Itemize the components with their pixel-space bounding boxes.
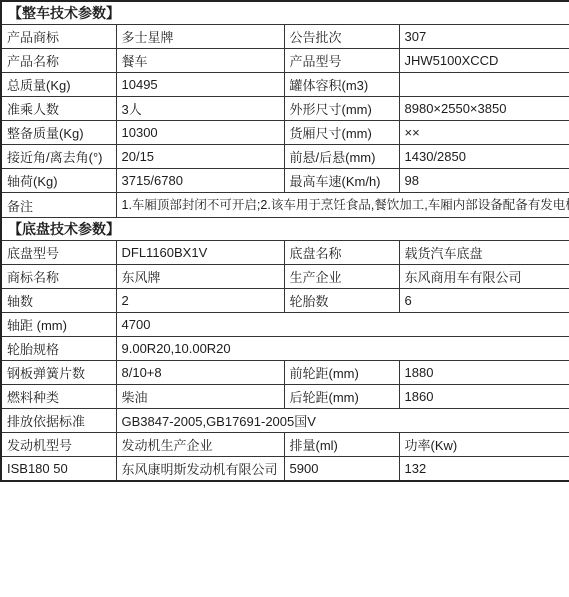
chassis-section-header: 【底盘技术参数】 (1, 218, 569, 241)
param-value: ISB180 50 (1, 457, 116, 482)
param-value: DFL1160BX1V (116, 241, 284, 265)
param-label: 底盘型号 (1, 241, 116, 265)
param-value: JHW5100XCCD (399, 49, 569, 73)
param-value: 10495 (116, 73, 284, 97)
param-label: 轮胎规格 (1, 337, 116, 361)
table-row: 准乘人数 3人 外形尺寸(mm) 8980×2550×3850 (1, 97, 569, 121)
table-row: 轴距 (mm) 4700 (1, 313, 569, 337)
table-row: 轴数 2 轮胎数 6 (1, 289, 569, 313)
param-label: 产品型号 (284, 49, 399, 73)
table-row: 排放依据标准 GB3847-2005,GB17691-2005国V (1, 409, 569, 433)
param-label: 发动机型号 (1, 433, 116, 457)
param-value: 307 (399, 25, 569, 49)
param-label: 总质量(Kg) (1, 73, 116, 97)
param-value: 1860 (399, 385, 569, 409)
param-label: 公告批次 (284, 25, 399, 49)
param-label: 商标名称 (1, 265, 116, 289)
param-label: 轴荷(Kg) (1, 169, 116, 193)
param-label: 前轮距(mm) (284, 361, 399, 385)
table-row: 商标名称 东风牌 生产企业 东风商用车有限公司 (1, 265, 569, 289)
param-label: 轮胎数 (284, 289, 399, 313)
remark-text: 1.车厢顶部封闭不可开启;2.该车用于烹饪食品,餐饮加工,车厢内部设备配备有发电… (116, 193, 569, 218)
param-label: 准乘人数 (1, 97, 116, 121)
table-row: 轴荷(Kg) 3715/6780 最高车速(Km/h) 98 (1, 169, 569, 193)
param-value: 东风康明斯发动机有限公司 (116, 457, 284, 482)
param-value: GB3847-2005,GB17691-2005国V (116, 409, 569, 433)
table-row: 底盘型号 DFL1160BX1V 底盘名称 载货汽车底盘 (1, 241, 569, 265)
param-label: 排放依据标准 (1, 409, 116, 433)
param-value: 3715/6780 (116, 169, 284, 193)
param-value: 载货汽车底盘 (399, 241, 569, 265)
param-label: 生产企业 (284, 265, 399, 289)
param-value: 餐车 (116, 49, 284, 73)
param-label: 最高车速(Km/h) (284, 169, 399, 193)
table-row: 钢板弹簧片数 8/10+8 前轮距(mm) 1880 (1, 361, 569, 385)
param-value: 132 (399, 457, 569, 482)
table-row: 燃料种类 柴油 后轮距(mm) 1860 (1, 385, 569, 409)
param-value: 8980×2550×3850 (399, 97, 569, 121)
param-label: 产品商标 (1, 25, 116, 49)
param-label: 排量(ml) (284, 433, 399, 457)
param-value: 2 (116, 289, 284, 313)
param-value: 98 (399, 169, 569, 193)
engine-header-row: 发动机型号 发动机生产企业 排量(ml) 功率(Kw) (1, 433, 569, 457)
table-row: 产品名称 餐车 产品型号 JHW5100XCCD (1, 49, 569, 73)
param-value: 东风牌 (116, 265, 284, 289)
spec-table: 【整车技术参数】 产品商标 多士星牌 公告批次 307 产品名称 餐车 产品型号… (0, 0, 569, 482)
param-label: 外形尺寸(mm) (284, 97, 399, 121)
table-row: 接近角/离去角(°) 20/15 前悬/后悬(mm) 1430/2850 (1, 145, 569, 169)
param-label: 货厢尺寸(mm) (284, 121, 399, 145)
table-row: 产品商标 多士星牌 公告批次 307 (1, 25, 569, 49)
param-label: 接近角/离去角(°) (1, 145, 116, 169)
remark-row: 备注 1.车厢顶部封闭不可开启;2.该车用于烹饪食品,餐饮加工,车厢内部设备配备… (1, 193, 569, 218)
param-value: 6 (399, 289, 569, 313)
remark-label: 备注 (1, 193, 116, 218)
param-value: 东风商用车有限公司 (399, 265, 569, 289)
param-value: 8/10+8 (116, 361, 284, 385)
param-label: 燃料种类 (1, 385, 116, 409)
param-value: 柴油 (116, 385, 284, 409)
param-value: ×× (399, 121, 569, 145)
vehicle-section-header: 【整车技术参数】 (1, 1, 569, 25)
param-label: 功率(Kw) (399, 433, 569, 457)
param-value: 4700 (116, 313, 569, 337)
param-label: 轴距 (mm) (1, 313, 116, 337)
param-label: 后轮距(mm) (284, 385, 399, 409)
engine-value-row: ISB180 50 东风康明斯发动机有限公司 5900 132 (1, 457, 569, 482)
param-label: 产品名称 (1, 49, 116, 73)
param-value (399, 73, 569, 97)
table-row: 总质量(Kg) 10495 罐体容积(m3) (1, 73, 569, 97)
param-label: 轴数 (1, 289, 116, 313)
param-value: 多士星牌 (116, 25, 284, 49)
param-value: 3人 (116, 97, 284, 121)
chassis-section-title: 【底盘技术参数】 (1, 218, 569, 241)
param-label: 底盘名称 (284, 241, 399, 265)
param-label: 发动机生产企业 (116, 433, 284, 457)
param-value: 1430/2850 (399, 145, 569, 169)
table-row: 整备质量(Kg) 10300 货厢尺寸(mm) ×× (1, 121, 569, 145)
vehicle-section-title: 【整车技术参数】 (1, 1, 569, 25)
vehicle-spec-page: 【整车技术参数】 产品商标 多士星牌 公告批次 307 产品名称 餐车 产品型号… (0, 0, 569, 482)
param-label: 整备质量(Kg) (1, 121, 116, 145)
param-value: 9.00R20,10.00R20 (116, 337, 569, 361)
param-label: 前悬/后悬(mm) (284, 145, 399, 169)
param-value: 5900 (284, 457, 399, 482)
param-label: 钢板弹簧片数 (1, 361, 116, 385)
param-value: 10300 (116, 121, 284, 145)
table-row: 轮胎规格 9.00R20,10.00R20 (1, 337, 569, 361)
param-value: 20/15 (116, 145, 284, 169)
param-label: 罐体容积(m3) (284, 73, 399, 97)
param-value: 1880 (399, 361, 569, 385)
